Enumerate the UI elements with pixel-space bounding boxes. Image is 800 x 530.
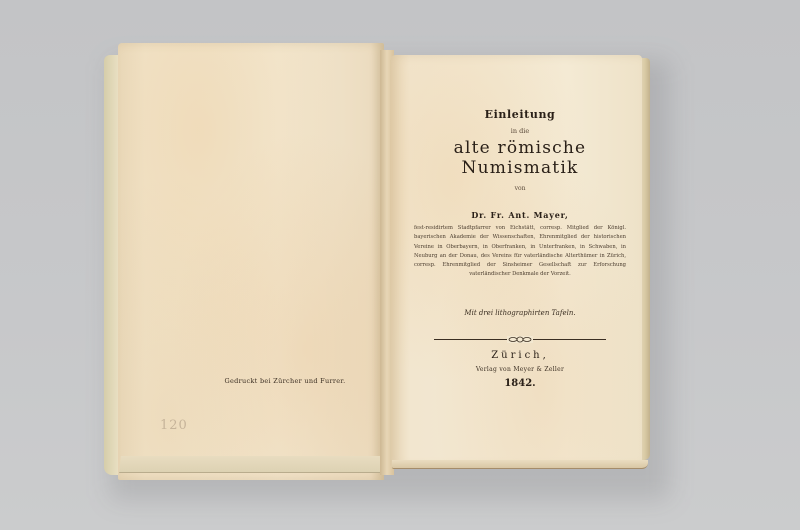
title-line-2: alte römische Numismatik xyxy=(400,138,640,178)
by-line: von xyxy=(400,185,640,192)
imprint-place: Zürich, xyxy=(400,350,640,361)
imprint-year: 1842. xyxy=(400,378,640,389)
author-name: Dr. Fr. Ant. Mayer, xyxy=(400,210,640,220)
left-page-bottom-fold xyxy=(119,456,387,473)
rule-ornament-icon xyxy=(507,336,533,343)
title-connector: in die xyxy=(400,127,640,135)
author-description: fest-residirtem Stadtpfarrer von Eichstä… xyxy=(414,224,626,280)
photo-scene: 120 Gedruckt bei Zürcher und Furrer. Ein… xyxy=(0,0,800,530)
title-line-1: Einleitung xyxy=(400,108,640,121)
printer-imprint: Gedruckt bei Zürcher und Furrer. xyxy=(200,377,370,385)
pencil-mark: 120 xyxy=(160,418,188,433)
plates-note: Mit drei lithographirten Tafeln. xyxy=(400,309,640,317)
imprint-publisher: Verlag von Meyer & Zeller xyxy=(400,366,640,373)
right-page-bottom-edge xyxy=(392,460,648,469)
left-page-verso xyxy=(118,43,384,480)
